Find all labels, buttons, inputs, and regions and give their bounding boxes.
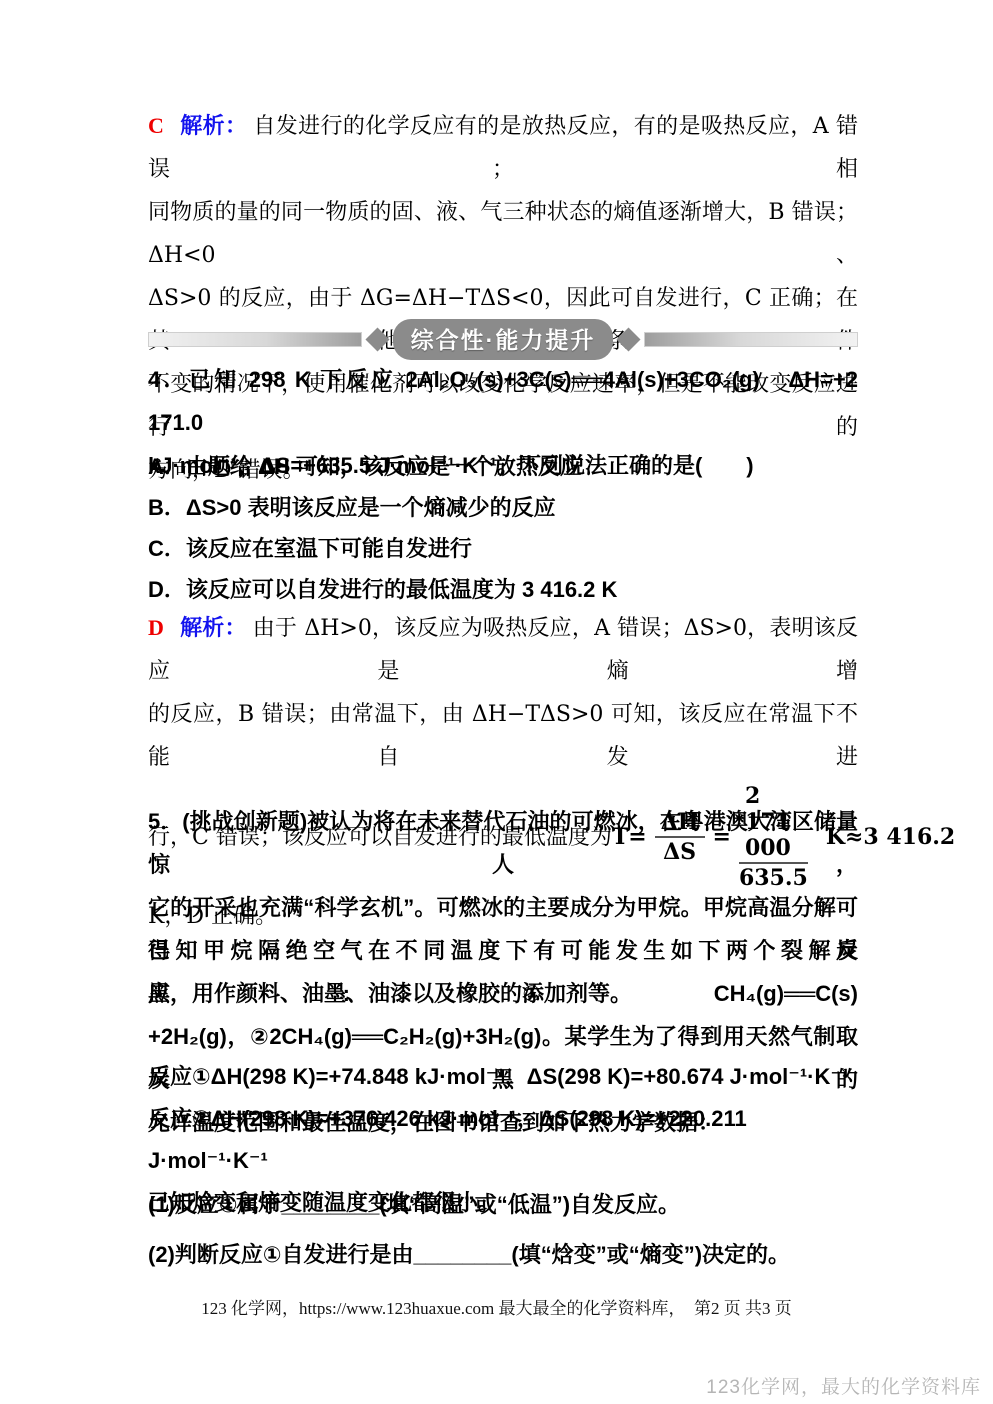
jiexi-label: 解析： [180,113,248,139]
option-d: D．该反应可以自发进行的最低温度为 3 416.2 K [148,569,858,610]
option-a: A．由题给 ΔH 可知，该反应是一个放热反应 [148,446,858,487]
banner-bar-right [644,332,858,347]
banner-bar-left [148,332,362,347]
option-c: C．该反应在室温下可能自发进行 [148,528,858,569]
analysis-text: 自发进行的化学反应有的是放热反应，有的是吸热反应，A 错误；相 [148,114,858,182]
reaction-1-data: 反应①ΔH(298 K)=+74.848 kJ·mol⁻¹，ΔS(298 K)=… [148,1056,858,1098]
answer-letter: D [148,615,164,640]
analysis-text: 由于 ΔH>0，该反应为吸热反应，A 错误；ΔS>0，表明该反应是熵增 [148,616,858,684]
blank-question-2: (2)判断反应①自发进行是由________(填“焓变”或“熵变”)决定的。 [148,1230,858,1280]
text-line: 同物质的量的同一物质的固、液、气三种状态的熵值逐渐增大，B 错误；ΔH<0、 [148,191,858,277]
fill-in-blanks: (1)反应①属于________(填“高温”或“低温”)自发反应。 (2)判断反… [148,1180,858,1280]
page-footer: 123 化学网，https://www.123huaxue.com 最大最全的化… [0,1294,993,1319]
answer-letter: C [148,113,164,138]
document-page: C解析：自发进行的化学反应有的是放热反应，有的是吸热反应，A 错误；相 同物质的… [0,0,993,1404]
banner-label: 综合性·能力提升 [411,327,596,353]
site-watermark: 123化学网，最大的化学资料库 [706,1372,981,1399]
diamond-icon [617,327,641,351]
text-line: 的反应，B 错误；由常温下，由 ΔH−TΔS>0 可知，该反应在常温下不能自发进 [148,693,858,779]
option-b: B．ΔS>0 表明该反应是一个熵减少的反应 [148,487,858,528]
reaction-2-data: 反应②ΔH(298 K)=+376.426 kJ·mol⁻¹，ΔS(298 K)… [148,1098,858,1182]
text-line: C解析：自发进行的化学反应有的是放热反应，有的是吸热反应，A 错误；相 [148,104,858,191]
text-line: 4．已知 298 K 下反应 2Al₂O₃(s)+3C(s)══4Al(s)+3… [148,358,858,444]
text-line: 已知甲烷隔绝空气在不同温度下有可能发生如下两个裂解反应:①CH₄(g)══C(s… [148,929,858,1015]
text-line: D解析：由于 ΔH>0，该反应为吸热反应，A 错误；ΔS>0，表明该反应是熵增 [148,606,858,693]
text-line: 5．(挑战创新题)被认为将在未来替代石油的可燃冰，在粤港澳大湾区储量惊人， [148,800,858,886]
question-4-options: A．由题给 ΔH 可知，该反应是一个放热反应 B．ΔS>0 表明该反应是一个熵减… [148,446,858,610]
banner-pill: 综合性·能力提升 [393,319,614,360]
diamond-icon [365,327,389,351]
jiexi-label: 解析： [180,615,247,641]
section-banner: 综合性·能力提升 [148,321,858,357]
blank-question-1: (1)反应①属于________(填“高温”或“低温”)自发反应。 [148,1180,858,1230]
